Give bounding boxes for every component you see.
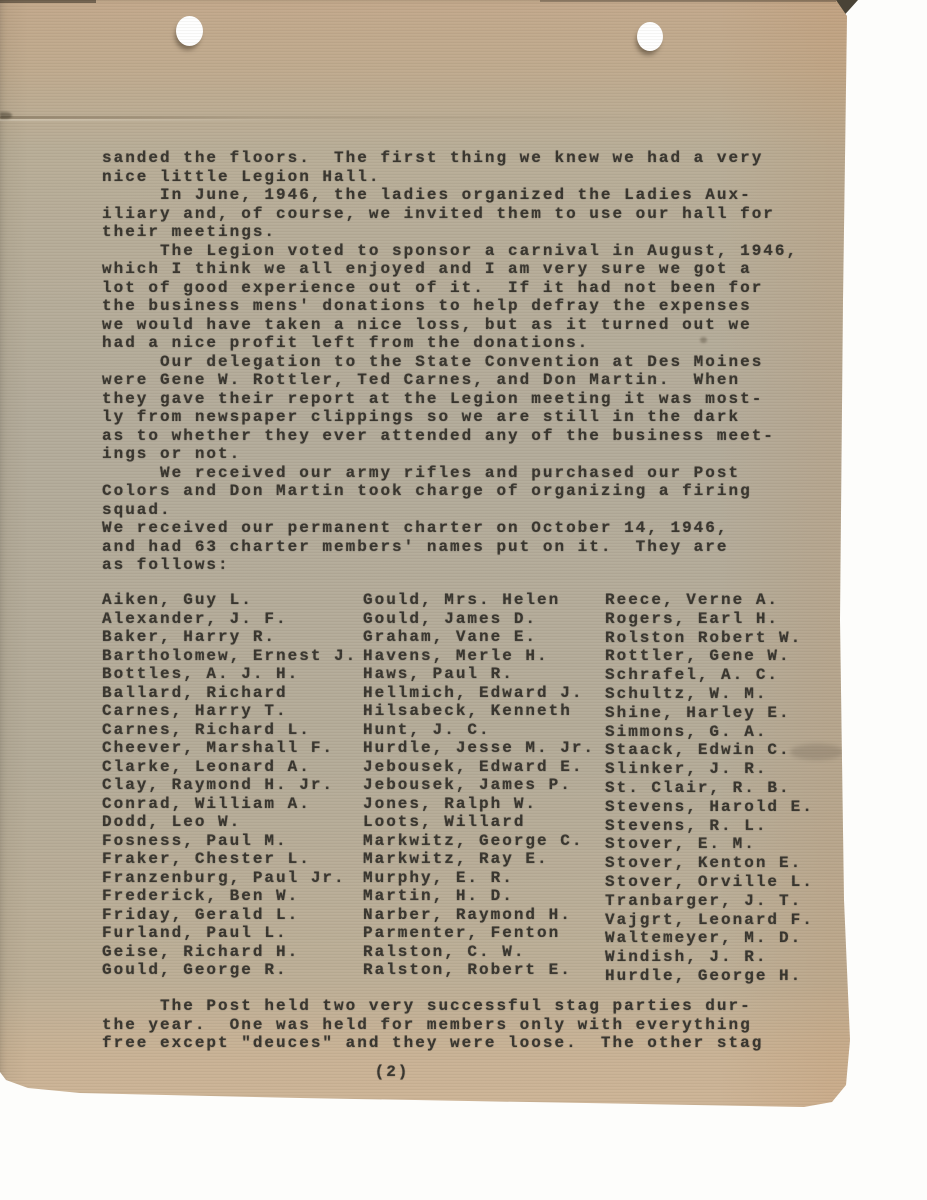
roster-name: Clay, Raymond H. Jr. [102, 776, 363, 795]
roster-name: Furland, Paul L. [102, 924, 363, 943]
roster-name: Bartholomew, Ernest J. [102, 647, 363, 666]
page-number: (2) [102, 1062, 682, 1082]
roster-name: Baker, Harry R. [102, 628, 363, 647]
closing-paragraph: The Post held two very successful stag p… [102, 997, 763, 1053]
text-line: sanded the floors. The first thing we kn… [102, 149, 798, 168]
roster-name: Markwitz, George C. [363, 832, 605, 851]
roster-name: Tranbarger, J. T. [605, 892, 835, 911]
roster-name: Bottles, A. J. H. [102, 665, 363, 684]
text-line: and had 63 charter members' names put on… [102, 538, 798, 557]
paper-crease-highlight [0, 119, 514, 121]
text-line: iliary and, of course, we invited them t… [102, 205, 798, 224]
text-line: the year. One was held for members only … [102, 1016, 763, 1035]
roster-name: Parmenter, Fenton [363, 924, 605, 943]
roster-name: Slinker, J. R. [605, 760, 835, 779]
punch-hole-left-icon [176, 16, 203, 46]
text-line: We received our army rifles and purchase… [102, 464, 798, 483]
roster-name: Hellmich, Edward J. [363, 684, 605, 703]
roster-name: Hurdle, Jesse M. Jr. [363, 739, 605, 758]
roster-name: Fraker, Chester L. [102, 850, 363, 869]
roster-name: Stover, Kenton E. [605, 854, 835, 873]
roster-name: Graham, Vane E. [363, 628, 605, 647]
roster-name: Simmons, G. A. [605, 723, 835, 742]
charter-member-roster: Aiken, Guy L.Alexander, J. F.Baker, Harr… [102, 591, 835, 986]
roster-name: Carnes, Richard L. [102, 721, 363, 740]
roster-name: Fosness, Paul M. [102, 832, 363, 851]
scan-background: sanded the floors. The first thing we kn… [0, 0, 927, 1200]
roster-name: Friday, Gerald L. [102, 906, 363, 925]
roster-name: Gould, Mrs. Helen [363, 591, 605, 610]
roster-name: Hunt, J. C. [363, 721, 605, 740]
paper-top-edge-shadow [0, 0, 96, 3]
text-line: We received our permanent charter on Oct… [102, 519, 798, 538]
text-line: we would have taken a nice loss, but as … [102, 316, 798, 335]
roster-name: Rottler, Gene W. [605, 647, 835, 666]
roster-name: Alexander, J. F. [102, 610, 363, 629]
roster-name: Schrafel, A. C. [605, 666, 835, 685]
text-line: squad. [102, 501, 798, 520]
roster-name: Haws, Paul R. [363, 665, 605, 684]
text-line: In June, 1946, the ladies organized the … [102, 186, 798, 205]
text-line: nice little Legion Hall. [102, 168, 798, 187]
paper-top-edge-shadow [540, 0, 836, 2]
text-line: their meetings. [102, 223, 798, 242]
roster-name: Jebousek, James P. [363, 776, 605, 795]
text-line: were Gene W. Rottler, Ted Carnes, and Do… [102, 371, 798, 390]
roster-name: Rolston Robert W. [605, 629, 835, 648]
text-line: free except "deuces" and they were loose… [102, 1034, 763, 1053]
roster-name: Staack, Edwin C. [605, 741, 835, 760]
roster-column-1: Aiken, Guy L.Alexander, J. F.Baker, Harr… [102, 591, 363, 980]
roster-name: Schultz, W. M. [605, 685, 835, 704]
paper-edge-nick [0, 112, 12, 119]
roster-name: Hilsabeck, Kenneth [363, 702, 605, 721]
text-line: as follows: [102, 556, 798, 575]
text-line: The Legion voted to sponsor a carnival i… [102, 242, 798, 261]
roster-name: Conrad, William A. [102, 795, 363, 814]
roster-name: Ralston, Robert E. [363, 961, 605, 980]
roster-name: Gould, George R. [102, 961, 363, 980]
roster-name: Aiken, Guy L. [102, 591, 363, 610]
roster-name: Stover, E. M. [605, 835, 835, 854]
roster-name: Vajgrt, Leonard F. [605, 911, 835, 930]
text-line: as to whether they ever attended any of … [102, 427, 798, 446]
roster-name: Waltemeyer, M. D. [605, 929, 835, 948]
roster-name: Clarke, Leonard A. [102, 758, 363, 777]
text-line: which I think we all enjoyed and I am ve… [102, 260, 798, 279]
roster-name: Dodd, Leo W. [102, 813, 363, 832]
roster-name: Havens, Merle H. [363, 647, 605, 666]
roster-name: Gould, James D. [363, 610, 605, 629]
roster-name: Martin, H. D. [363, 887, 605, 906]
roster-name: Frederick, Ben W. [102, 887, 363, 906]
roster-name: Loots, Willard [363, 813, 605, 832]
roster-name: Hurdle, George H. [605, 967, 835, 986]
roster-name: St. Clair, R. B. [605, 779, 835, 798]
roster-name: Geise, Richard H. [102, 943, 363, 962]
document-body-text: sanded the floors. The first thing we kn… [102, 149, 798, 575]
document-page: sanded the floors. The first thing we kn… [0, 0, 856, 1112]
text-line: The Post held two very successful stag p… [102, 997, 763, 1016]
roster-name: Franzenburg, Paul Jr. [102, 869, 363, 888]
roster-name: Jebousek, Edward E. [363, 758, 605, 777]
text-line: they gave their report at the Legion mee… [102, 390, 798, 409]
roster-name: Windish, J. R. [605, 948, 835, 967]
text-line: ings or not. [102, 445, 798, 464]
roster-name: Stover, Orville L. [605, 873, 835, 892]
text-line: lot of good experience out of it. If it … [102, 279, 798, 298]
roster-name: Jones, Ralph W. [363, 795, 605, 814]
text-line: the business mens' donations to help def… [102, 297, 798, 316]
roster-name: Reece, Verne A. [605, 591, 835, 610]
roster-column-3: Reece, Verne A.Rogers, Earl H.Rolston Ro… [605, 591, 835, 986]
roster-name: Narber, Raymond H. [363, 906, 605, 925]
roster-name: Ralston, C. W. [363, 943, 605, 962]
text-line: ly from newspaper clippings so we are st… [102, 408, 798, 427]
text-line: Colors and Don Martin took charge of org… [102, 482, 798, 501]
text-line: had a nice profit left from the donation… [102, 334, 798, 353]
roster-name: Murphy, E. R. [363, 869, 605, 888]
roster-name: Carnes, Harry T. [102, 702, 363, 721]
roster-name: Shine, Harley E. [605, 704, 835, 723]
roster-name: Stevens, R. L. [605, 817, 835, 836]
punch-hole-right-icon [637, 22, 663, 51]
roster-name: Cheever, Marshall F. [102, 739, 363, 758]
roster-name: Ballard, Richard [102, 684, 363, 703]
text-line: Our delegation to the State Convention a… [102, 353, 798, 372]
roster-column-2: Gould, Mrs. HelenGould, James D.Graham, … [363, 591, 605, 980]
roster-name: Rogers, Earl H. [605, 610, 835, 629]
roster-name: Markwitz, Ray E. [363, 850, 605, 869]
roster-name: Stevens, Harold E. [605, 798, 835, 817]
